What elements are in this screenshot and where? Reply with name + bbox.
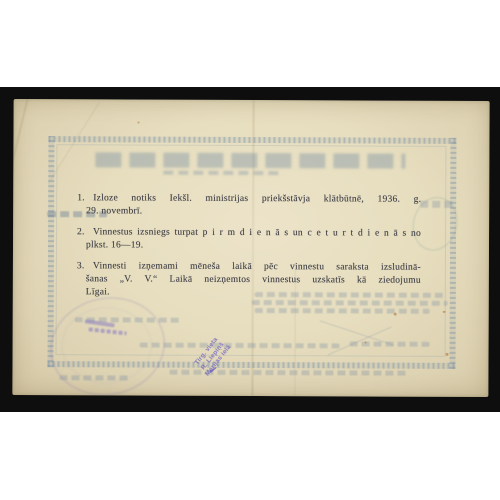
notice-line: šanas „V. V.“ Laikā neizņemtos vinnestus… — [86, 273, 421, 287]
paper-crease — [12, 99, 31, 397]
foxing-speck — [443, 311, 446, 313]
item-number: 2. — [77, 226, 85, 239]
notice-item-3: 3. Vinnesti izņemami mēneša laikā pēc vi… — [77, 260, 421, 301]
ink-mark: ✓ — [207, 363, 219, 378]
notice-line: plkst. 16—19. — [86, 239, 421, 253]
photo-black-background: 1. Izloze notiks Iekšl. ministrijas prie… — [0, 87, 500, 412]
showthrough-subtitle-band — [163, 171, 283, 176]
notice-item-2: 2. Vinnestus izsniegs turpat p i r m d i… — [77, 226, 421, 254]
showthrough-text-row — [140, 343, 340, 349]
item-number: 1. — [77, 192, 85, 205]
notice-line: Līgai. — [86, 286, 421, 300]
ticket-paper-back: 1. Izloze notiks Iekšl. ministrijas prie… — [12, 99, 489, 397]
showthrough-border-top — [48, 136, 456, 144]
foxing-speck — [138, 122, 140, 124]
item-number: 3. — [77, 260, 85, 273]
foxing-speck — [394, 313, 397, 316]
showthrough-round-stamp-inner — [61, 307, 151, 383]
notice-list: 1. Izloze notiks Iekšl. ministrijas prie… — [77, 192, 421, 308]
foxing-speck — [446, 353, 449, 356]
showthrough-text-row — [255, 308, 430, 314]
notice-line: 29. novembrī. — [86, 205, 421, 219]
scan-page: 1. Izloze notiks Iekšl. ministrijas prie… — [0, 0, 500, 500]
showthrough-title-band — [95, 152, 405, 168]
foxing-speck — [365, 341, 367, 343]
notice-item-1: 1. Izloze notiks Iekšl. ministrijas prie… — [77, 192, 421, 220]
showthrough-border-right — [449, 138, 456, 369]
